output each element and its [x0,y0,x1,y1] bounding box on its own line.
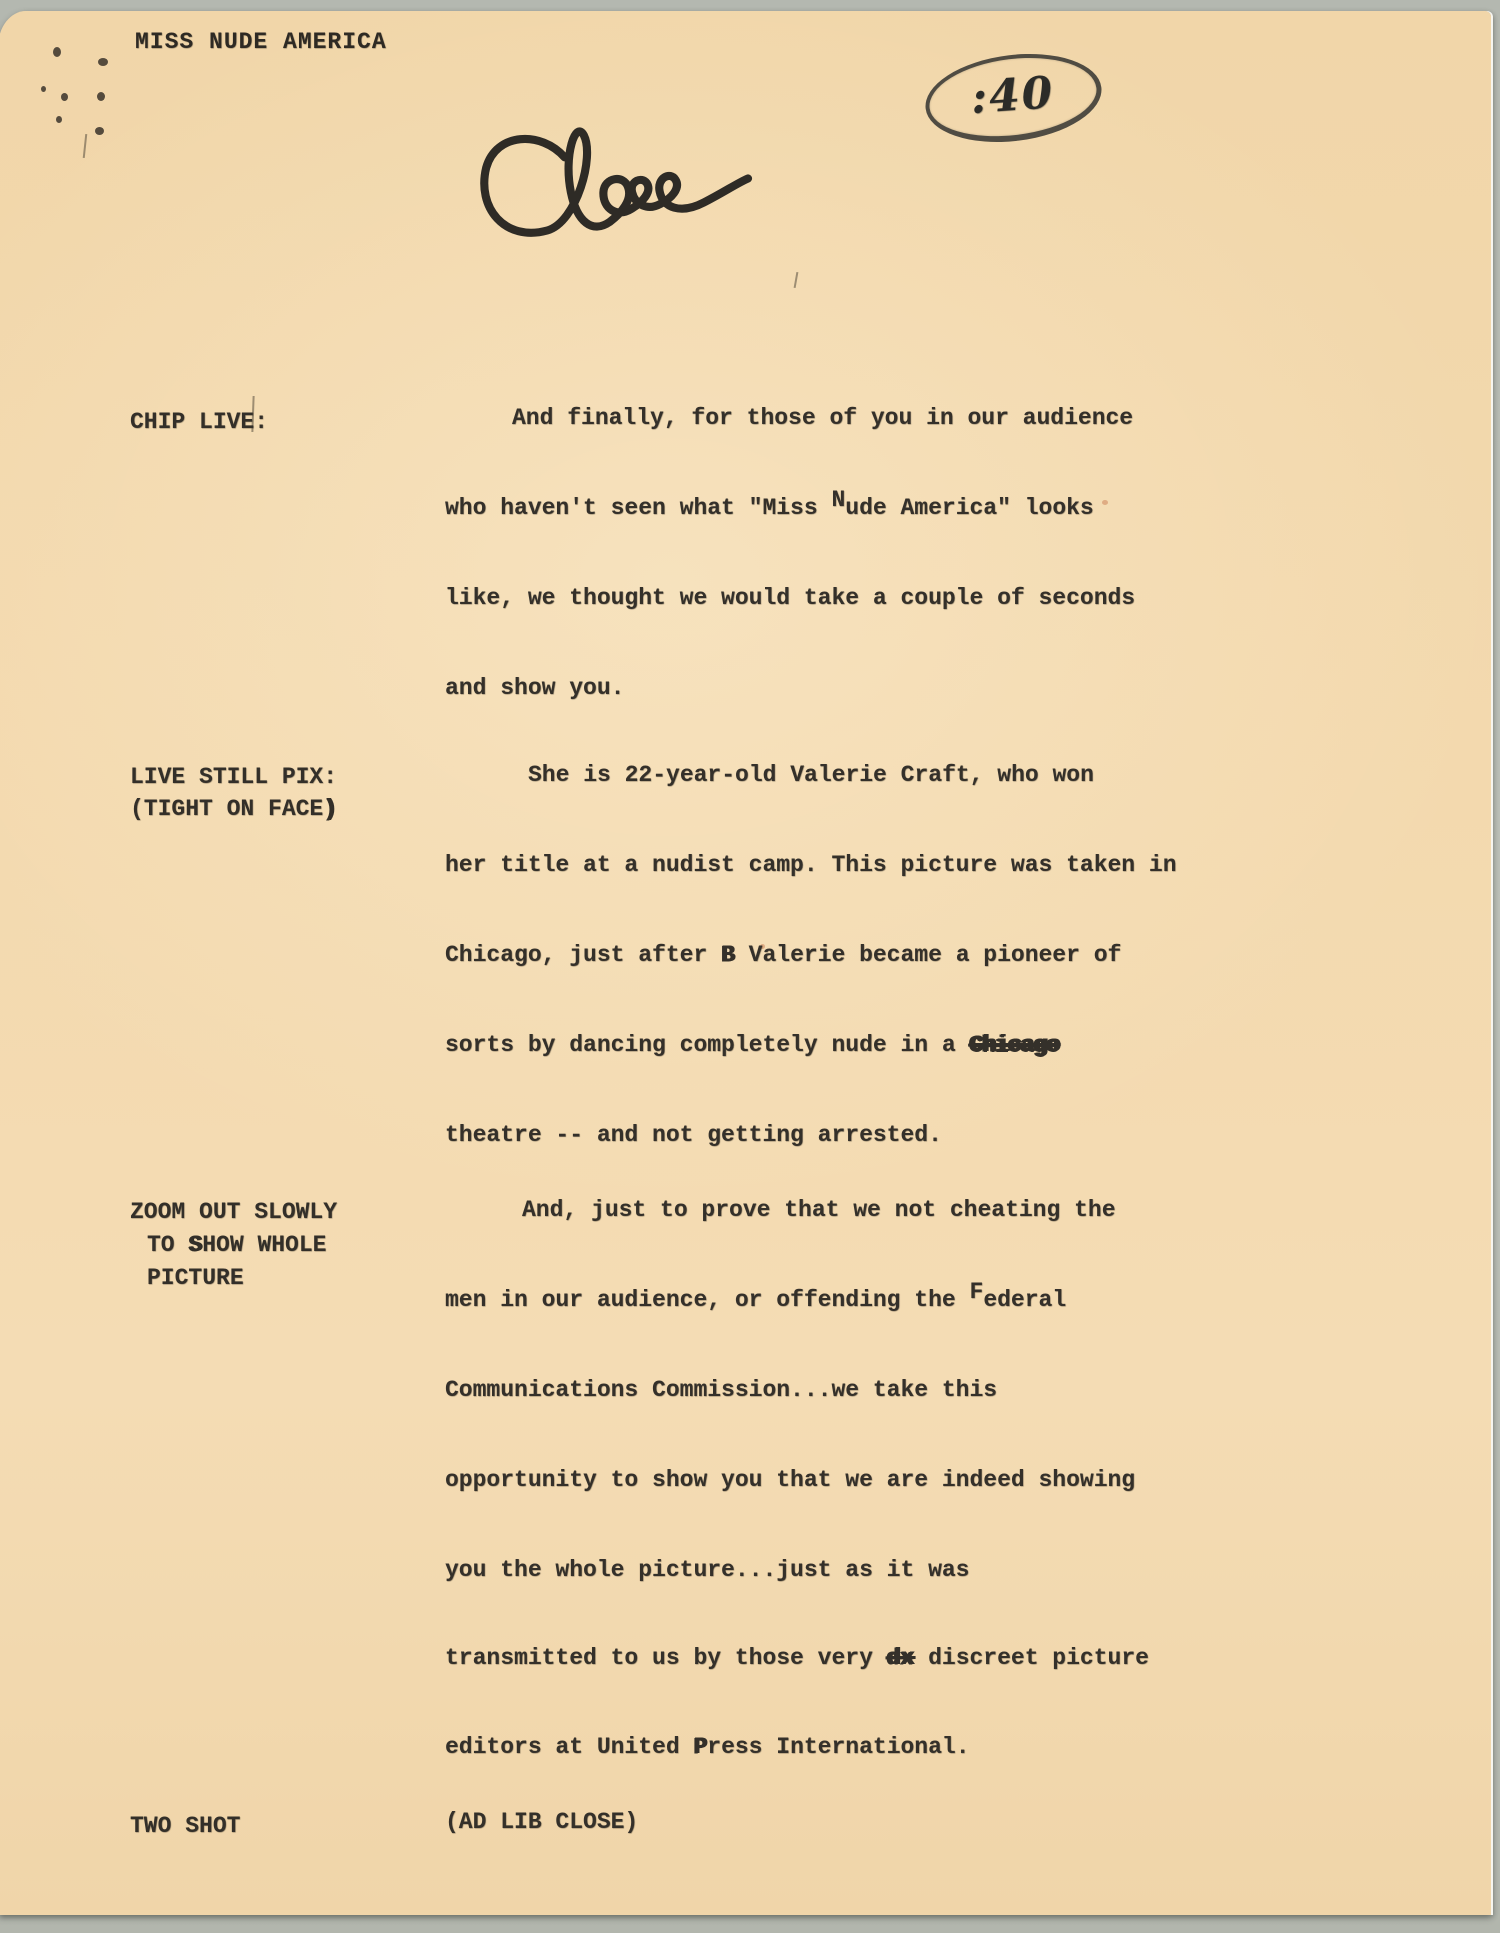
script-line: like, we thought we would take a couple … [445,584,1135,613]
overstruck-letter: ) [323,796,337,822]
script-line: opportunity to show you that we are inde… [445,1466,1135,1495]
cue-tight-on-face: (TIGHT ON FACE) [130,795,337,824]
scanned-script-page: MISS NUDE AMERICA :40 CHIP LIVE: And fin… [0,0,1500,1933]
ink-speck [61,93,68,101]
script-line: Communications Commission...we take this [445,1376,997,1405]
script-line: her title at a nudist camp. This picture… [445,851,1177,880]
cue-picture: PICTURE [147,1264,244,1293]
timing-annotation: :40 [969,67,1056,124]
paper-fleck [1102,500,1108,505]
script-line: men in our audience, or offending the Fe… [445,1286,1066,1315]
script-line: Chicago, just after B Valerie became a p… [445,941,1121,970]
script-line: theatre -- and not getting arrested. [445,1121,942,1150]
script-line: sorts by dancing completely nude in a Ch… [445,1031,1059,1060]
cue-two-shot: TWO SHOT [130,1812,240,1841]
script-line: who haven't seen what "Miss Nude America… [445,494,1094,523]
cue-chip-live: CHIP LIVE: [130,408,268,437]
script-line: editors at United Press International. [445,1733,970,1762]
ink-speck [97,92,105,101]
script-line: And finally, for those of you in our aud… [512,404,1133,433]
ink-speck [56,116,62,123]
cue-zoom-out-slowly: ZOOM OUT SLOWLY [130,1198,337,1227]
script-line: transmitted to us by those very dx discr… [445,1644,1149,1673]
ink-speck [95,127,104,135]
ink-speck [53,47,61,57]
cue-to-show-whole: TO SHOW WHOLE [147,1231,326,1260]
typed-over-word: dx [887,1645,915,1671]
script-line: (AD LIB CLOSE) [445,1808,638,1837]
script-line: She is 22-year-old Valerie Craft, who wo… [528,761,1094,790]
raised-letter: N [831,487,845,513]
cue-live-still-pix: LIVE STILL PIX: [130,763,337,792]
overstruck-letter: B [721,942,735,968]
page-title: MISS NUDE AMERICA [135,28,387,57]
script-line: And, just to prove that we not cheating … [522,1196,1116,1225]
typed-over-word: Chicago [970,1032,1060,1058]
close-handwriting-icon [466,113,770,248]
script-line: and show you. [445,674,624,703]
script-line: you the whole picture...just as it was [445,1556,970,1585]
raised-letter: F [970,1279,984,1305]
overstruck-letter: S [188,1232,202,1258]
overstruck-letter: P [693,1734,707,1760]
ink-speck [98,58,108,66]
ink-speck [41,86,46,92]
